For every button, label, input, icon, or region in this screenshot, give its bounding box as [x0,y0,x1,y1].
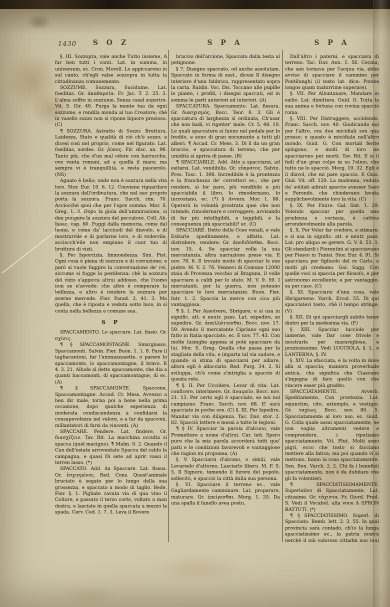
entry-paragraph: braccio dell'arcione, Spaccato dalla tes… [171,54,280,66]
section-divider: S P [55,320,167,326]
stain [60,586,120,604]
text-column-center: braccio dell'arcione, Spaccato dalla tes… [171,54,280,542]
entry-paragraph: SOZZUME. Sozzura, Sucidume. Lat. foedita… [55,85,167,128]
entry-paragraph: §. V. Spacciarsi d'alcuno, o simili, val… [171,457,280,482]
text-column-left: §. III. Sozzopra, vale anche Tutto insie… [55,54,167,542]
entry-paragraph: §. XII. Di qui spacciargli subito tener … [285,315,379,327]
entry-paragraph: §. IX. Per Finire. Gal. Sist. 1. 29. Vol… [285,203,379,228]
entry-paragraph: ¶ SPACCIABILE. Add. Atto a spacciarsi, a… [171,159,280,227]
stain [6,52,58,110]
entry-paragraph: SPACCIATAMENTE. Avverb. Speditamente, Co… [285,389,379,482]
entry-paragraph: §. VIII. Per Distruggere, uccidendo. Fra… [285,116,379,203]
entry-paragraph: §. VII. Per Allontanare, Mandare in esil… [285,91,379,116]
column-text: §. III. Sozzopra, vale anche Tutto insie… [55,54,167,516]
entry-paragraph: SPACCATO. Add. da Spaccare. Lat. fissus.… [55,466,167,516]
text-column-right: Dall'altro i paterni, e spacciava di ter… [285,54,379,542]
entry-paragraph: §. III. Sozzopra, vale anche Tutto insie… [55,54,167,85]
running-header: 1430 S O Z S P A S P A [0,38,390,50]
entry-paragraph: ¶ SPACCIATISSIMAMENTE. Superlativo di Sp… [285,482,379,513]
entry-paragraph: Aguato è bello; onde non è sozzura nella… [55,178,167,252]
entry-paragraph: §. XIII. Spacciar lucciole per lanterne,… [285,327,379,358]
scan-top-edge [0,0,390,9]
column-rule [168,50,169,542]
entry-paragraph: SPACCARE. Fendere. Lat. findere. Gr. δια… [55,429,167,466]
entry-paragraph: SPACCATURA. Spaccamento. Lat. fissura. G… [171,104,280,160]
column-text: Dall'altro i paterni, e spacciava di ter… [285,54,379,542]
entry-paragraph: ¶ § SPACCAMONTE. Spaccone, Spaccamontagn… [55,386,167,429]
stain [150,552,246,586]
entry-paragraph: §. XIV. La sfacciata, e la volta in dove… [285,358,379,389]
entry-paragraph: §. X. Per Voler far credere, e stimare; … [285,228,379,290]
running-head-center: S P A [170,38,280,47]
entry-paragraph: ¶ §. I. Per Assolvere, Sbrigare; e si us… [171,308,280,382]
entry-paragraph: ¶ § SPACCIATISSIMO. Superl. di Spacciato… [285,513,379,542]
running-head-left: S O Z [54,38,168,47]
column-text: braccio dell'arcione, Spaccato dalla tes… [171,54,280,507]
entry-paragraph: § 7. Disegno spaccato, od anche assoluta… [171,66,280,103]
entry-paragraph: ¶ § SPACCAMONTAGNE. Smargiasso, Spaccamo… [55,342,167,385]
entry-paragraph: §. XI. Spacciarsi d'una cosa, vale Sbrig… [285,290,379,315]
entry-paragraph: Dall'altro i paterni, e spacciava di ter… [285,54,379,91]
running-head-right: S P A [284,38,380,47]
entry-paragraph: §. Per Isporcizia, Immondezza. Sim. Pist… [55,253,167,315]
entry-paragraph: ¶ §. II. Per Uccidere, Levar di vita. La… [171,383,280,426]
entry-paragraph: §. VI. Spacciare il terreno ec., vale Ga… [171,482,280,507]
entry-paragraph: ¶ SOZZURA. Astratto di Sozzo: Bruttura, … [55,128,167,178]
entry-paragraph: SPACCAMENTO. Lo spaccare. Lat. fissio. G… [55,330,167,342]
scanned-dictionary-page: 1430 S O Z S P A S P A §. III. Sozzopra,… [0,0,390,607]
entry-paragraph: ¶ § IV. Spacciar la parola d'alcuno, val… [171,426,280,457]
entry-paragraph: SPACCIARE. Detto delle Cose venali, e va… [171,228,280,309]
page-top-shadow [0,9,390,35]
column-rule [282,50,283,542]
